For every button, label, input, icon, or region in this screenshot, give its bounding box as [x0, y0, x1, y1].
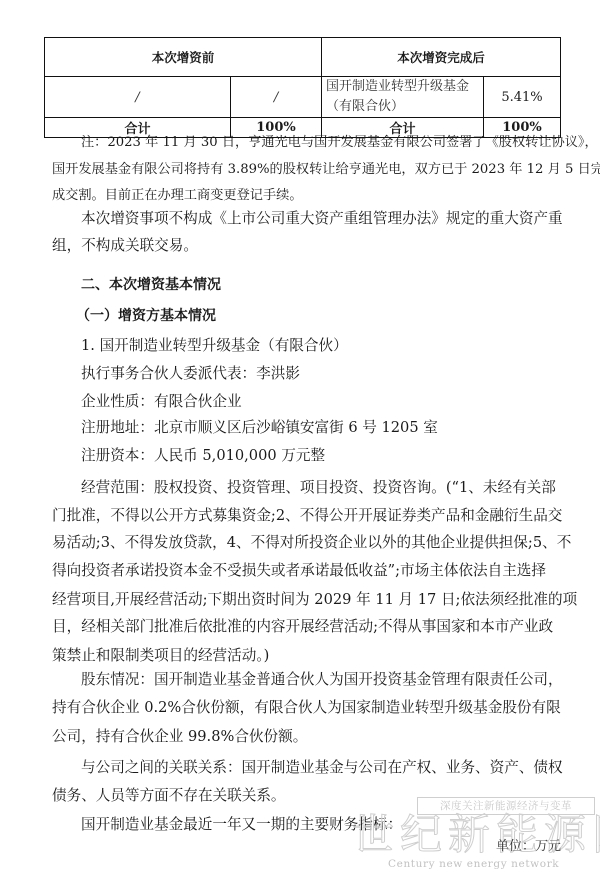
- scope-line-1: 经营范围：股权投资、投资管理、项目投资、投资咨询。(“1、未经有关部: [81, 479, 556, 497]
- header-after: 本次增资完成后: [322, 38, 561, 77]
- note-line-1: 注：2023 年 11 月 30 日，亨通光电与国开发展基金有限公司签署了《股权…: [81, 134, 598, 152]
- after-holder-name: 国开制造业转型升级基金 （有限合伙）: [322, 77, 484, 118]
- watermark-name-en: Century new energy network: [388, 858, 559, 870]
- scope-line-6: 目，经相关部门批准后依批准的内容开展经营活动;不得从事国家和本市产业政: [52, 618, 553, 636]
- scope-line-5: 经营项目,开展经营活动;下期出资时间为 2029 年 11 月 17 日;依法须…: [52, 591, 577, 609]
- table-row: / / 国开制造业转型升级基金 （有限合伙） 5.41%: [45, 77, 561, 118]
- table-header-row: 本次增资前 本次增资完成后: [45, 38, 561, 77]
- investor-nature: 企业性质：有限合伙企业: [81, 393, 242, 411]
- section-heading: 二、本次增资基本情况: [81, 276, 221, 294]
- document-page: 本次增资前 本次增资完成后 / / 国开制造业转型升级基金 （有限合伙） 5.4…: [0, 0, 600, 872]
- restructure-line-1: 本次增资事项不构成《上市公司重大资产重组管理办法》规定的重大资产重: [81, 210, 563, 228]
- restructure-line-2: 组，不构成关联交易。: [52, 237, 198, 255]
- before-holder-name: /: [45, 77, 231, 118]
- investor-representative: 执行事务合伙人委派代表：李洪影: [81, 365, 300, 383]
- note-line-2: 国开发展基金有限公司将持有 3.89%的股权转让给亨通光电，双方已于 2023 …: [52, 161, 600, 179]
- relation-line-2: 债务、人员等方面不存在关联关系。: [52, 787, 286, 805]
- shareholders-line-1: 股东情况：国开制造业基金普通合伙人为国开投资基金管理有限责任公司，: [81, 671, 563, 689]
- after-holder-pct: 5.41%: [484, 77, 561, 118]
- scope-line-4: 得向投资者承诺投资本金不受损失或者承诺最低收益”;市场主体依法自主选择: [52, 562, 546, 580]
- unit-label: 单位：万元: [496, 839, 561, 855]
- investor-title: 1. 国开制造业转型升级基金（有限合伙）: [81, 337, 348, 355]
- relation-line-1: 与公司之间的关联关系：国开制造业基金与公司在产权、业务、资产、债权: [81, 759, 563, 777]
- investor-capital: 注册资本：人民币 5,010,000 万元整: [81, 447, 325, 465]
- before-holder-pct: /: [231, 77, 322, 118]
- scope-line-3: 易活动;3、不得发放贷款，4、不得对所投资企业以外的其他企业提供担保;5、不: [52, 534, 571, 552]
- after-holder-name-line1: 国开制造业转型升级基金: [326, 77, 483, 97]
- scope-line-7: 策禁止和限制类项目的经营活动。): [52, 647, 269, 665]
- note-line-3: 成交割。目前正在办理工商变更登记手续。: [52, 187, 303, 205]
- equity-structure-table: 本次增资前 本次增资完成后 / / 国开制造业转型升级基金 （有限合伙） 5.4…: [44, 37, 561, 138]
- shareholders-line-3: 公司，持有合伙企业 99.8%合伙份额。: [52, 728, 307, 746]
- after-holder-name-line2: （有限合伙）: [326, 97, 483, 117]
- scope-line-2: 门批准，不得以公开方式募集资金;2、不得公开开展证券类产品和金融衍生品交: [52, 507, 562, 525]
- subsection-heading: （一）增资方基本情况: [76, 307, 216, 325]
- investor-address: 注册地址：北京市顺义区后沙峪镇安富街 6 号 1205 室: [81, 419, 438, 437]
- header-before: 本次增资前: [45, 38, 322, 77]
- watermark-name-cn: 世纪新能源网: [352, 812, 600, 858]
- shareholders-line-2: 持有合伙企业 0.2%合伙份额，有限合伙人为国家制造业转型升级基金股份有限: [52, 699, 561, 717]
